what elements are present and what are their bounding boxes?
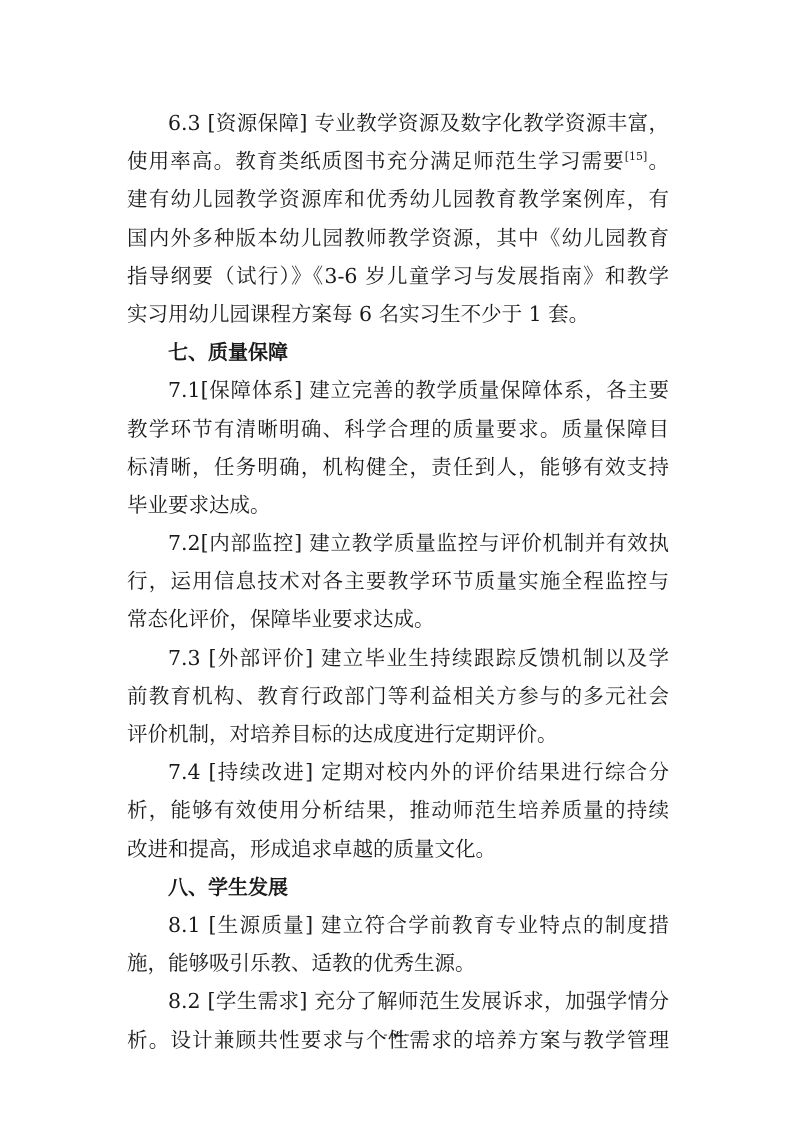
paragraph-7-4-line-1: 7.4 [持续改进] 定期对校内外的评价结果进行综合分: [127, 753, 669, 791]
paragraph-7-2-line-1: 7.2[内部监控] 建立教学质量监控与评价机制并有效执: [127, 524, 669, 562]
paragraph-7-4-line-3: 改进和提高，形成追求卓越的质量文化。: [127, 830, 669, 868]
citation-superscript: [15]: [625, 150, 648, 163]
paragraph-7-3-line-1: 7.3 [外部评价] 建立毕业生持续跟踪反馈机制以及学: [127, 639, 669, 677]
paragraph-6-3-line-4: 国内外多种版本幼儿园教师教学资源，其中《幼儿园教育: [127, 219, 669, 257]
paragraph-7-1-line-4: 毕业要求达成。: [127, 486, 669, 524]
paragraph-6-3-line-5: 指导纲要（试行）》《3-6 岁儿童学习与发展指南》和教学: [127, 257, 669, 295]
line-text: 使用率高。教育类纸质图书充分满足师范生学习需要: [127, 149, 625, 173]
paragraph-7-3-line-2: 前教育机构、教育行政部门等利益相关方参与的多元社会: [127, 677, 669, 715]
paragraph-7-3-line-3: 评价机制，对培养目标的达成度进行定期评价。: [127, 715, 669, 753]
paragraph-7-4-line-2: 析，能够有效使用分析结果，推动师范生培养质量的持续: [127, 791, 669, 829]
document-page: 6.3 [资源保障] 专业教学资源及数字化教学资源丰富， 使用率高。教育类纸质图…: [127, 104, 669, 1059]
paragraph-6-3-line-3: 建有幼儿园教学资源库和优秀幼儿园教育教学案例库，有: [127, 180, 669, 218]
paragraph-7-1-line-2: 教学环节有清晰明确、科学合理的质量要求。质量保障目: [127, 410, 669, 448]
line-punct: 。: [647, 149, 669, 173]
paragraph-6-3-line-2: 使用率高。教育类纸质图书充分满足师范生学习需要[15]。: [127, 142, 669, 180]
section-heading-7: 七、质量保障: [127, 333, 669, 371]
paragraph-8-2-line-1: 8.2 [学生需求] 充分了解师范生发展诉求，加强学情分: [127, 982, 669, 1020]
paragraph-6-3-line-6: 实习用幼儿园课程方案每 6 名实习生不少于 1 套。: [127, 295, 669, 333]
page-number: - 64 -: [0, 1027, 793, 1042]
paragraph-7-2-line-2: 行，运用信息技术对各主要教学环节质量实施全程监控与: [127, 562, 669, 600]
paragraph-7-1-line-3: 标清晰，任务明确，机构健全，责任到人，能够有效支持: [127, 448, 669, 486]
paragraph-6-3-line-1: 6.3 [资源保障] 专业教学资源及数字化教学资源丰富，: [127, 104, 669, 142]
paragraph-8-1-line-2: 施，能够吸引乐教、适教的优秀生源。: [127, 944, 669, 982]
paragraph-7-1-line-1: 7.1[保障体系] 建立完善的教学质量保障体系，各主要: [127, 371, 669, 409]
section-heading-8: 八、学生发展: [127, 868, 669, 906]
paragraph-8-1-line-1: 8.1 [生源质量] 建立符合学前教育专业特点的制度措: [127, 906, 669, 944]
paragraph-7-2-line-3: 常态化评价，保障毕业要求达成。: [127, 600, 669, 638]
